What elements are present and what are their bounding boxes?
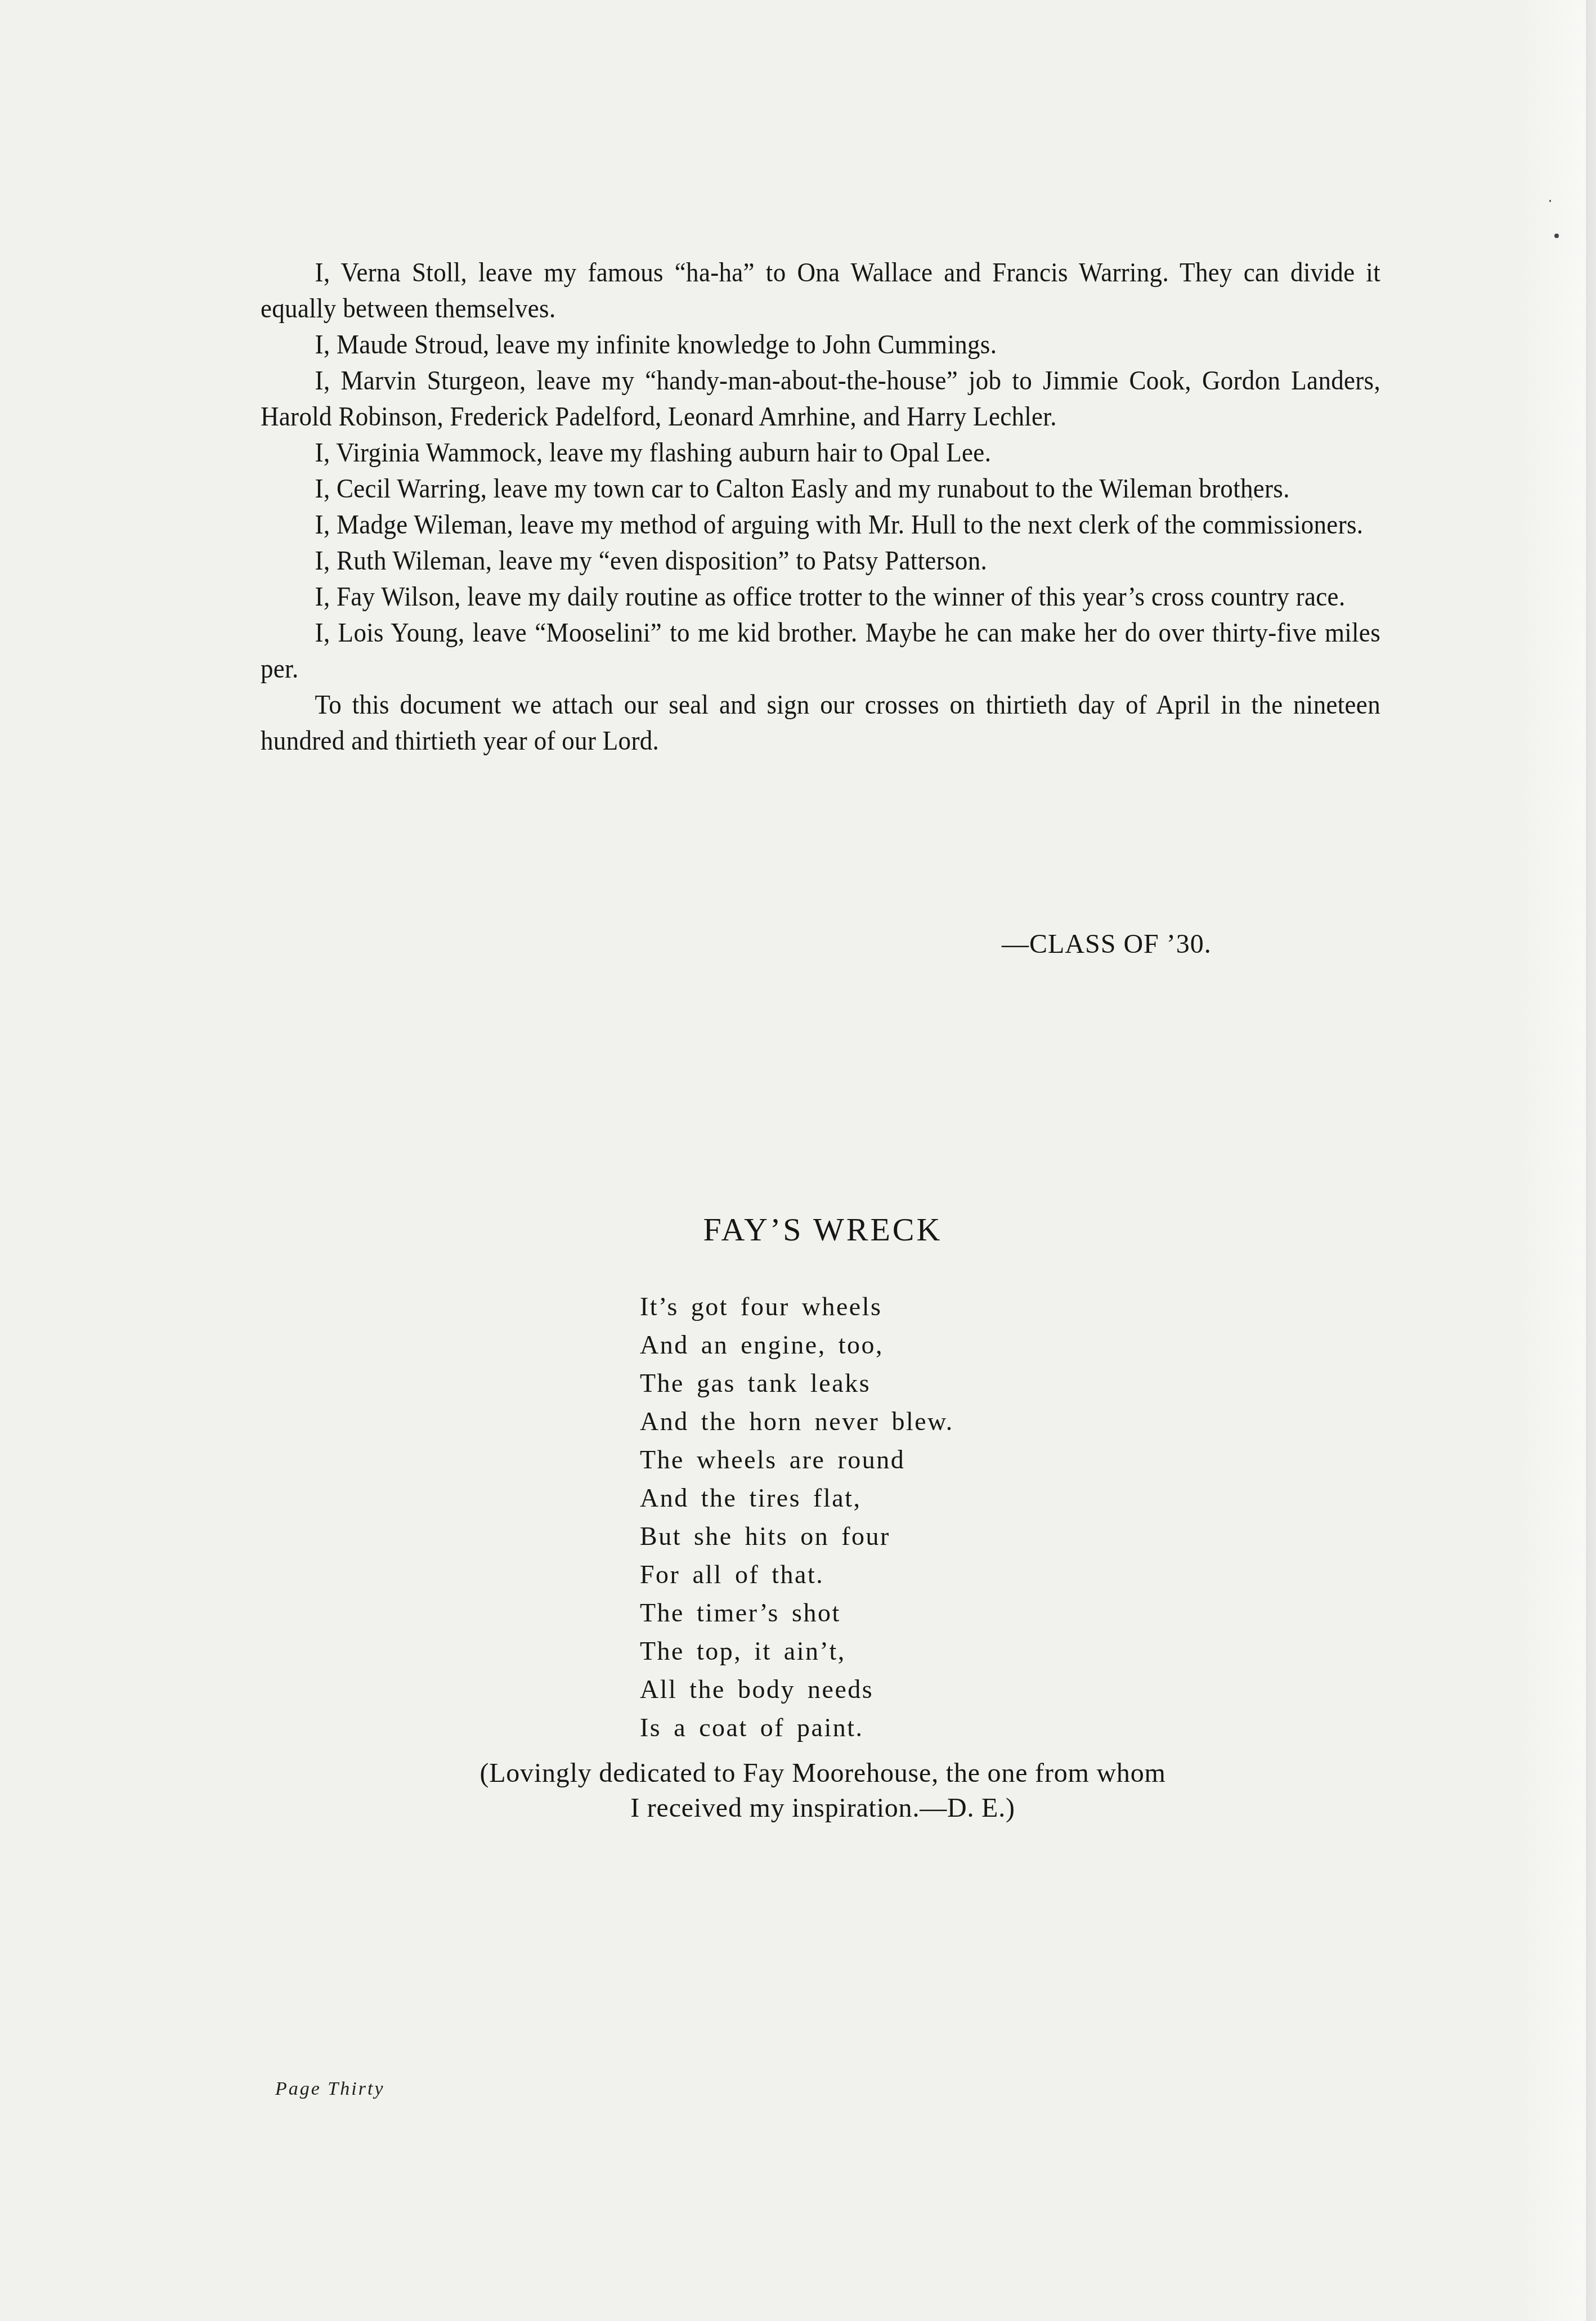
poem-line: All the body needs [640, 1670, 954, 1709]
paper-speck [1554, 234, 1559, 238]
bequest-paragraph: I, Madge Wileman, leave my method of arg… [261, 507, 1380, 543]
bequest-paragraph: I, Marvin Sturgeon, leave my “handy-man-… [261, 362, 1380, 434]
poem-line: The gas tank leaks [640, 1364, 954, 1403]
bequest-paragraph: I, Virginia Wammock, leave my flashing a… [261, 434, 1380, 471]
dedication-line: (Lovingly dedicated to Fay Moorehouse, t… [0, 1756, 1596, 1791]
poem-line: And the tires flat, [640, 1479, 954, 1517]
poem-body: It’s got four wheels And an engine, too,… [640, 1288, 954, 1747]
closing-paragraph: To this document we attach our seal and … [261, 687, 1380, 759]
poem-dedication: (Lovingly dedicated to Fay Moorehouse, t… [0, 1756, 1596, 1826]
poem-line: The timer’s shot [640, 1594, 954, 1632]
paper-speck [1549, 200, 1551, 202]
poem-line: But she hits on four [640, 1517, 954, 1556]
class-signature: —CLASS OF ’30. [1002, 926, 1212, 962]
paper-speck [1250, 498, 1252, 501]
poem-line: And an engine, too, [640, 1326, 954, 1364]
poem-line: The top, it ain’t, [640, 1632, 954, 1670]
page-number-label: Page Thirty [275, 2078, 384, 2100]
poem-line: For all of that. [640, 1556, 954, 1594]
bequest-paragraph: I, Cecil Warring, leave my town car to C… [261, 471, 1380, 507]
dedication-line: I received my inspiration.—D. E.) [0, 1791, 1596, 1826]
bequest-paragraph: I, Ruth Wileman, leave my “even disposit… [261, 543, 1380, 579]
page-edge [1586, 0, 1596, 2321]
poem-line: Is a coat of paint. [640, 1709, 954, 1747]
page-shade [1519, 0, 1586, 2321]
poem-line: And the horn never blew. [640, 1403, 954, 1441]
bequest-paragraph: I, Maude Stroud, leave my infinite knowl… [261, 326, 1380, 362]
poem-line: The wheels are round [640, 1441, 954, 1479]
class-will-bequests: I, Verna Stoll, leave my famous “ha-ha” … [261, 254, 1380, 759]
bequest-paragraph: I, Verna Stoll, leave my famous “ha-ha” … [261, 254, 1380, 326]
bequest-paragraph: I, Fay Wilson, leave my daily routine as… [261, 579, 1380, 615]
poem-title: FAY’S WRECK [0, 1210, 1596, 1249]
bequest-paragraph: I, Lois Young, leave “Mooselini” to me k… [261, 615, 1380, 687]
poem-line: It’s got four wheels [640, 1288, 954, 1326]
